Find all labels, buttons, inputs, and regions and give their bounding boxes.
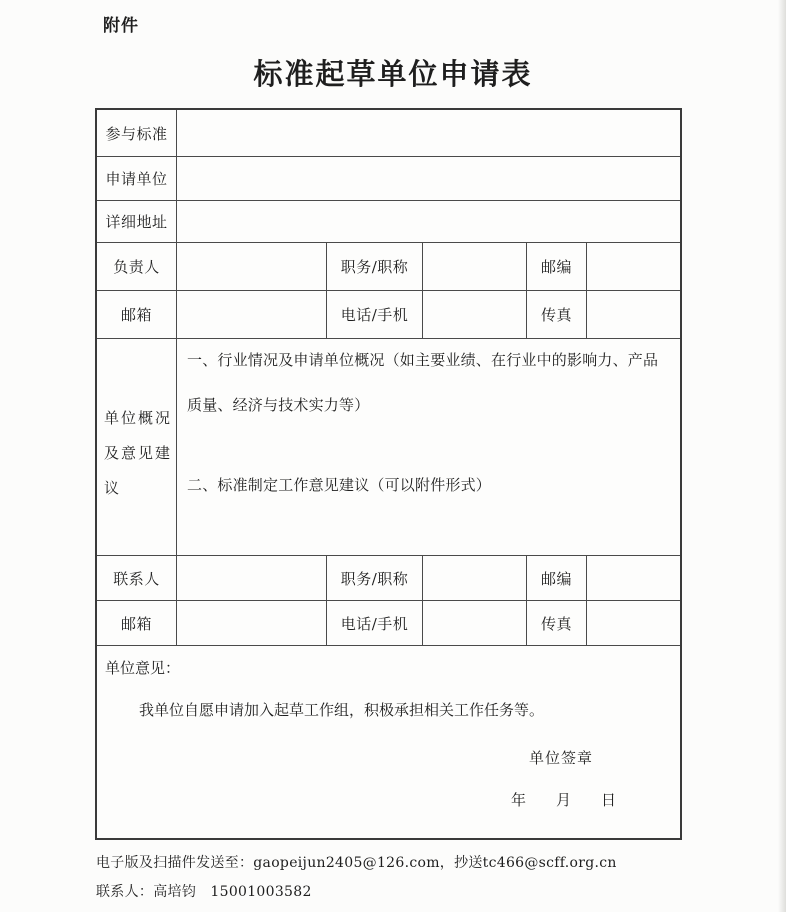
applicant-unit-label: 申请单位	[97, 157, 177, 200]
unit-opinion-label: 单位意见：	[105, 657, 180, 678]
principal-fax-value-cell	[587, 291, 680, 338]
principal-postcode-label: 邮编	[527, 243, 587, 290]
table-row: 单位意见： 我单位自愿申请加入起草工作组，积极承担相关工作任务等。 单位签章 年…	[97, 646, 680, 838]
contact-email-value-cell	[177, 601, 327, 645]
principal-phone-label: 电话/手机	[327, 291, 423, 338]
overview-label-line: 单位概况	[104, 401, 170, 436]
attachment-label: 附件	[103, 11, 139, 36]
contact-email-label: 邮箱	[97, 601, 177, 645]
table-row: 邮箱 电话/手机 传真	[97, 601, 680, 646]
footer-contact-person: 联系人：高培钧 15001003582	[96, 881, 312, 901]
footer-send-instruction: 电子版及扫描件发送至：gaopeijun2405@126.com，抄送tc466…	[96, 852, 617, 872]
contact-position-label: 职务/职称	[327, 556, 423, 600]
contact-phone-value-cell	[423, 601, 527, 645]
principal-phone-value-cell	[423, 291, 527, 338]
overview-item2: 二、标准制定工作意见建议（可以附件形式）	[187, 474, 491, 495]
scan-edge-shadow	[778, 0, 786, 912]
contact-postcode-value-cell	[587, 556, 680, 600]
table-row: 邮箱 电话/手机 传真	[97, 291, 680, 339]
contact-position-value-cell	[423, 556, 527, 600]
overview-item1-line2: 质量、经济与技术实力等）	[187, 394, 369, 415]
principal-fax-label: 传真	[527, 291, 587, 338]
contact-value-cell	[177, 556, 327, 600]
table-row: 详细地址	[97, 201, 680, 243]
overview-content-cell: 一、行业情况及申请单位概况（如主要业绩、在行业中的影响力、产品 质量、经济与技术…	[177, 339, 680, 555]
principal-email-value-cell	[177, 291, 327, 338]
overview-label-line: 及意见建	[104, 436, 170, 471]
principal-position-label: 职务/职称	[327, 243, 423, 290]
table-row: 参与标准	[97, 110, 680, 157]
unit-opinion-cell: 单位意见： 我单位自愿申请加入起草工作组，积极承担相关工作任务等。 单位签章 年…	[97, 646, 680, 838]
table-row: 单位概况 及意见建 议 一、行业情况及申请单位概况（如主要业绩、在行业中的影响力…	[97, 339, 680, 556]
contact-label: 联系人	[97, 556, 177, 600]
participating-standard-label: 参与标准	[97, 110, 177, 156]
table-row: 申请单位	[97, 157, 680, 201]
page-title: 标准起草单位申请表	[0, 52, 786, 93]
contact-fax-value-cell	[587, 601, 680, 645]
principal-label: 负责人	[97, 243, 177, 290]
address-value-cell	[177, 201, 680, 242]
unit-signature-label: 单位签章	[529, 747, 593, 768]
overview-section-label: 单位概况 及意见建 议	[97, 339, 177, 555]
unit-opinion-statement: 我单位自愿申请加入起草工作组，积极承担相关工作任务等。	[139, 699, 544, 720]
table-row: 联系人 职务/职称 邮编	[97, 556, 680, 601]
principal-email-label: 邮箱	[97, 291, 177, 338]
participating-standard-value-cell	[177, 110, 680, 156]
address-label: 详细地址	[97, 201, 177, 242]
applicant-unit-value-cell	[177, 157, 680, 200]
contact-phone-label: 电话/手机	[327, 601, 423, 645]
table-row: 负责人 职务/职称 邮编	[97, 243, 680, 291]
principal-postcode-value-cell	[587, 243, 680, 290]
overview-label-line: 议	[104, 471, 170, 506]
overview-item1-line1: 一、行业情况及申请单位概况（如主要业绩、在行业中的影响力、产品	[187, 349, 658, 370]
application-form-table: 参与标准 申请单位 详细地址 负责人 职务/职称 邮编 邮箱 电话/手机 传真 …	[95, 108, 682, 840]
principal-value-cell	[177, 243, 327, 290]
contact-postcode-label: 邮编	[527, 556, 587, 600]
contact-fax-label: 传真	[527, 601, 587, 645]
date-line: 年 月 日	[511, 789, 616, 810]
principal-position-value-cell	[423, 243, 527, 290]
